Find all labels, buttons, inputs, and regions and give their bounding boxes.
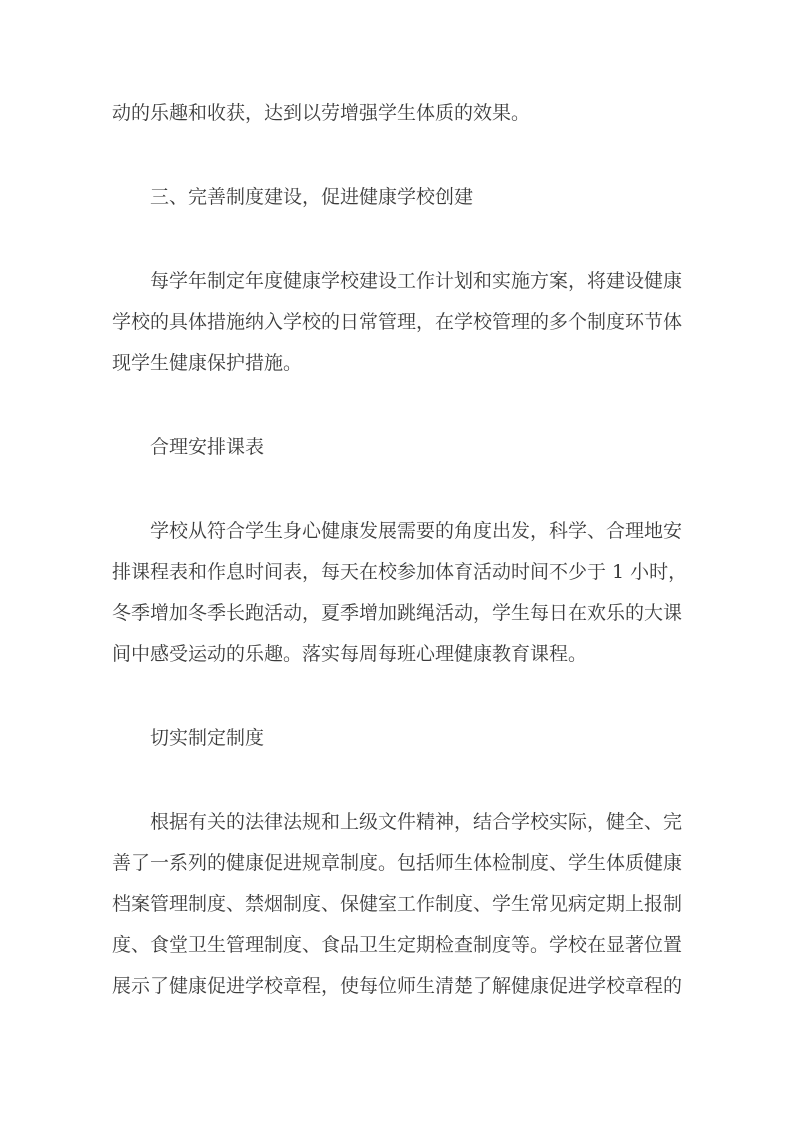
section-heading: 三、完善制度建设，促进健康学校创建 bbox=[112, 177, 688, 218]
paragraph-schedule: 学校从符合学生身心健康发展需要的角度出发，科学、合理地安 排课程表和作息时间表，… bbox=[112, 511, 688, 675]
subheading-rules: 切实制定制度 bbox=[112, 718, 688, 759]
paragraph-continuation: 动的乐趣和收获，达到以劳增强学生体质的效果。 bbox=[112, 93, 688, 134]
subheading-schedule: 合理安排课表 bbox=[112, 427, 688, 468]
document-content: 动的乐趣和收获，达到以劳增强学生体质的效果。 三、完善制度建设，促进健康学校创建… bbox=[112, 93, 688, 1007]
paragraph-yearly-plan: 每学年制定年度健康学校建设工作计划和实施方案，将建设健康 学校的具体措施纳入学校… bbox=[112, 261, 688, 384]
document-page: 动的乐趣和收获，达到以劳增强学生体质的效果。 三、完善制度建设，促进健康学校创建… bbox=[0, 0, 793, 1122]
paragraph-rules: 根据有关的法律法规和上级文件精神，结合学校实际，健全、完 善了一系列的健康促进规… bbox=[112, 802, 688, 1007]
